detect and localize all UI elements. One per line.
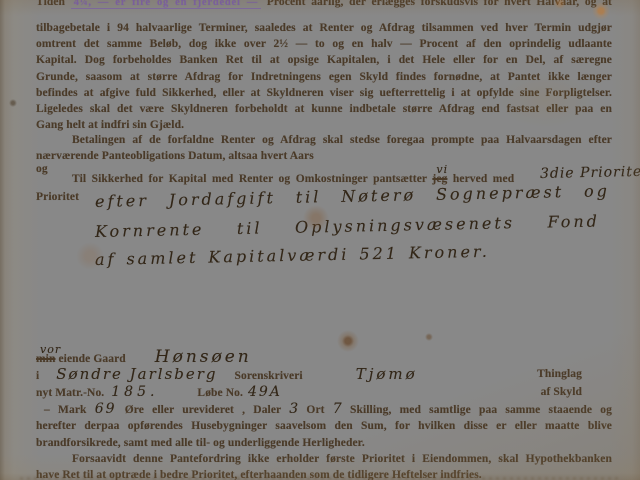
scanned-document-page: Tiden 4¼, — er fire og en fjerdedel — Pr… (0, 0, 640, 480)
daler-label: Daler (253, 404, 281, 416)
handwritten-priority: 3die Prioritet (540, 164, 640, 182)
printed-line: omtrent det samme Beløb, dog ikke over 2… (36, 37, 612, 51)
printed-line: tilbagebetale i 94 halvaarlige Terminer,… (36, 21, 612, 35)
mark-label: Mark (58, 404, 87, 416)
eiende-gaard-label: eiende Gaard (58, 353, 125, 365)
blank-dash: – (44, 404, 50, 416)
rate-stamp: 4¼, — er fire og en fjerdedel — (71, 0, 261, 9)
printed-line: Betalingen af de forfaldne Renter og Afd… (36, 133, 612, 147)
skilling-rest: Skilling, med samtlige paa samme staaend… (350, 404, 612, 416)
printed-line: herefter derpaa opførendes Husebygninger… (36, 419, 612, 433)
printed-line: Forsaavidt denne Pantefordring ikke erho… (36, 452, 612, 466)
ort-label: Ort (306, 404, 324, 416)
handwritten-farm-name: Hønsøen (155, 347, 252, 367)
line-farm: vormin eiende Gaard Hønsøen (36, 350, 612, 366)
printed-line: Grunde, saasom at større Afdrag for Indr… (36, 70, 612, 84)
printed-line: befindes at afgive fuld Sikkerhed, eller… (36, 86, 612, 100)
handwritten-daler-value: 3 (289, 401, 298, 417)
corrected-word: vormin (36, 352, 55, 366)
tiden-label: Tiden (36, 0, 65, 8)
handwritten-line-2: Kornrente til Oplysningsvæsenets Fond (95, 211, 600, 241)
separator-mark: , (242, 404, 245, 416)
lobe-label: Løbe No. (197, 387, 243, 399)
security-clause-lead: Til Sikkerhed for Kapital med Renter og … (72, 173, 427, 185)
handwritten-line-3: af samlet Kapitalværdi 521 Kroner. (95, 242, 490, 269)
inserted-word-vor: vor (40, 343, 61, 357)
af-skyld-label: af Skyld (541, 385, 582, 399)
handwritten-district: Søndre Jarlsberg (56, 365, 217, 383)
sorenskriveri-label: Sorenskriveri (235, 370, 303, 382)
printed-line: Ligeledes skal det være Skyldneren forbe… (36, 102, 612, 116)
matr-label: nyt Matr.-No. (36, 387, 104, 399)
printed-line: nærværende Panteobligations Datum, altsa… (36, 149, 612, 163)
line-matrikkel: nyt Matr.-No. 185. Løbe No. 49A af Skyld (36, 385, 612, 400)
line-interest-rate: Tiden 4¼, — er fire og en fjerdedel — Pr… (36, 0, 612, 10)
printed-line: brandforsikrede, samt med alle til- og u… (36, 436, 612, 450)
i-label: i (36, 370, 39, 382)
printed-line: Gang helt at indfri sin Gjæld. (36, 118, 612, 132)
handwritten-parish: Tjømø (356, 365, 418, 383)
thinglag-label: Thinglag (537, 367, 582, 381)
handwritten-mark-value: 69 (95, 401, 117, 417)
line-interest-rate-rest: Procent aarlig, der erlægges forskudsvis… (267, 0, 612, 8)
line-skyld-amounts: – Mark 69 Øre eller urevideret , Daler 3… (36, 402, 612, 417)
inserted-word-vi: vi (436, 163, 448, 177)
ore-label: Øre eller urevideret (125, 404, 234, 416)
handwritten-matr-no: 185. (111, 384, 158, 400)
handwritten-ort-value: 7 (333, 401, 342, 417)
printed-line: Kapital. Dog forbeholdes Banken Ret til … (36, 53, 612, 67)
line-district: i Søndre Jarlsberg Sorenskriveri Tjømø T… (36, 367, 612, 383)
handwritten-lobe-no: 49A (248, 384, 282, 400)
